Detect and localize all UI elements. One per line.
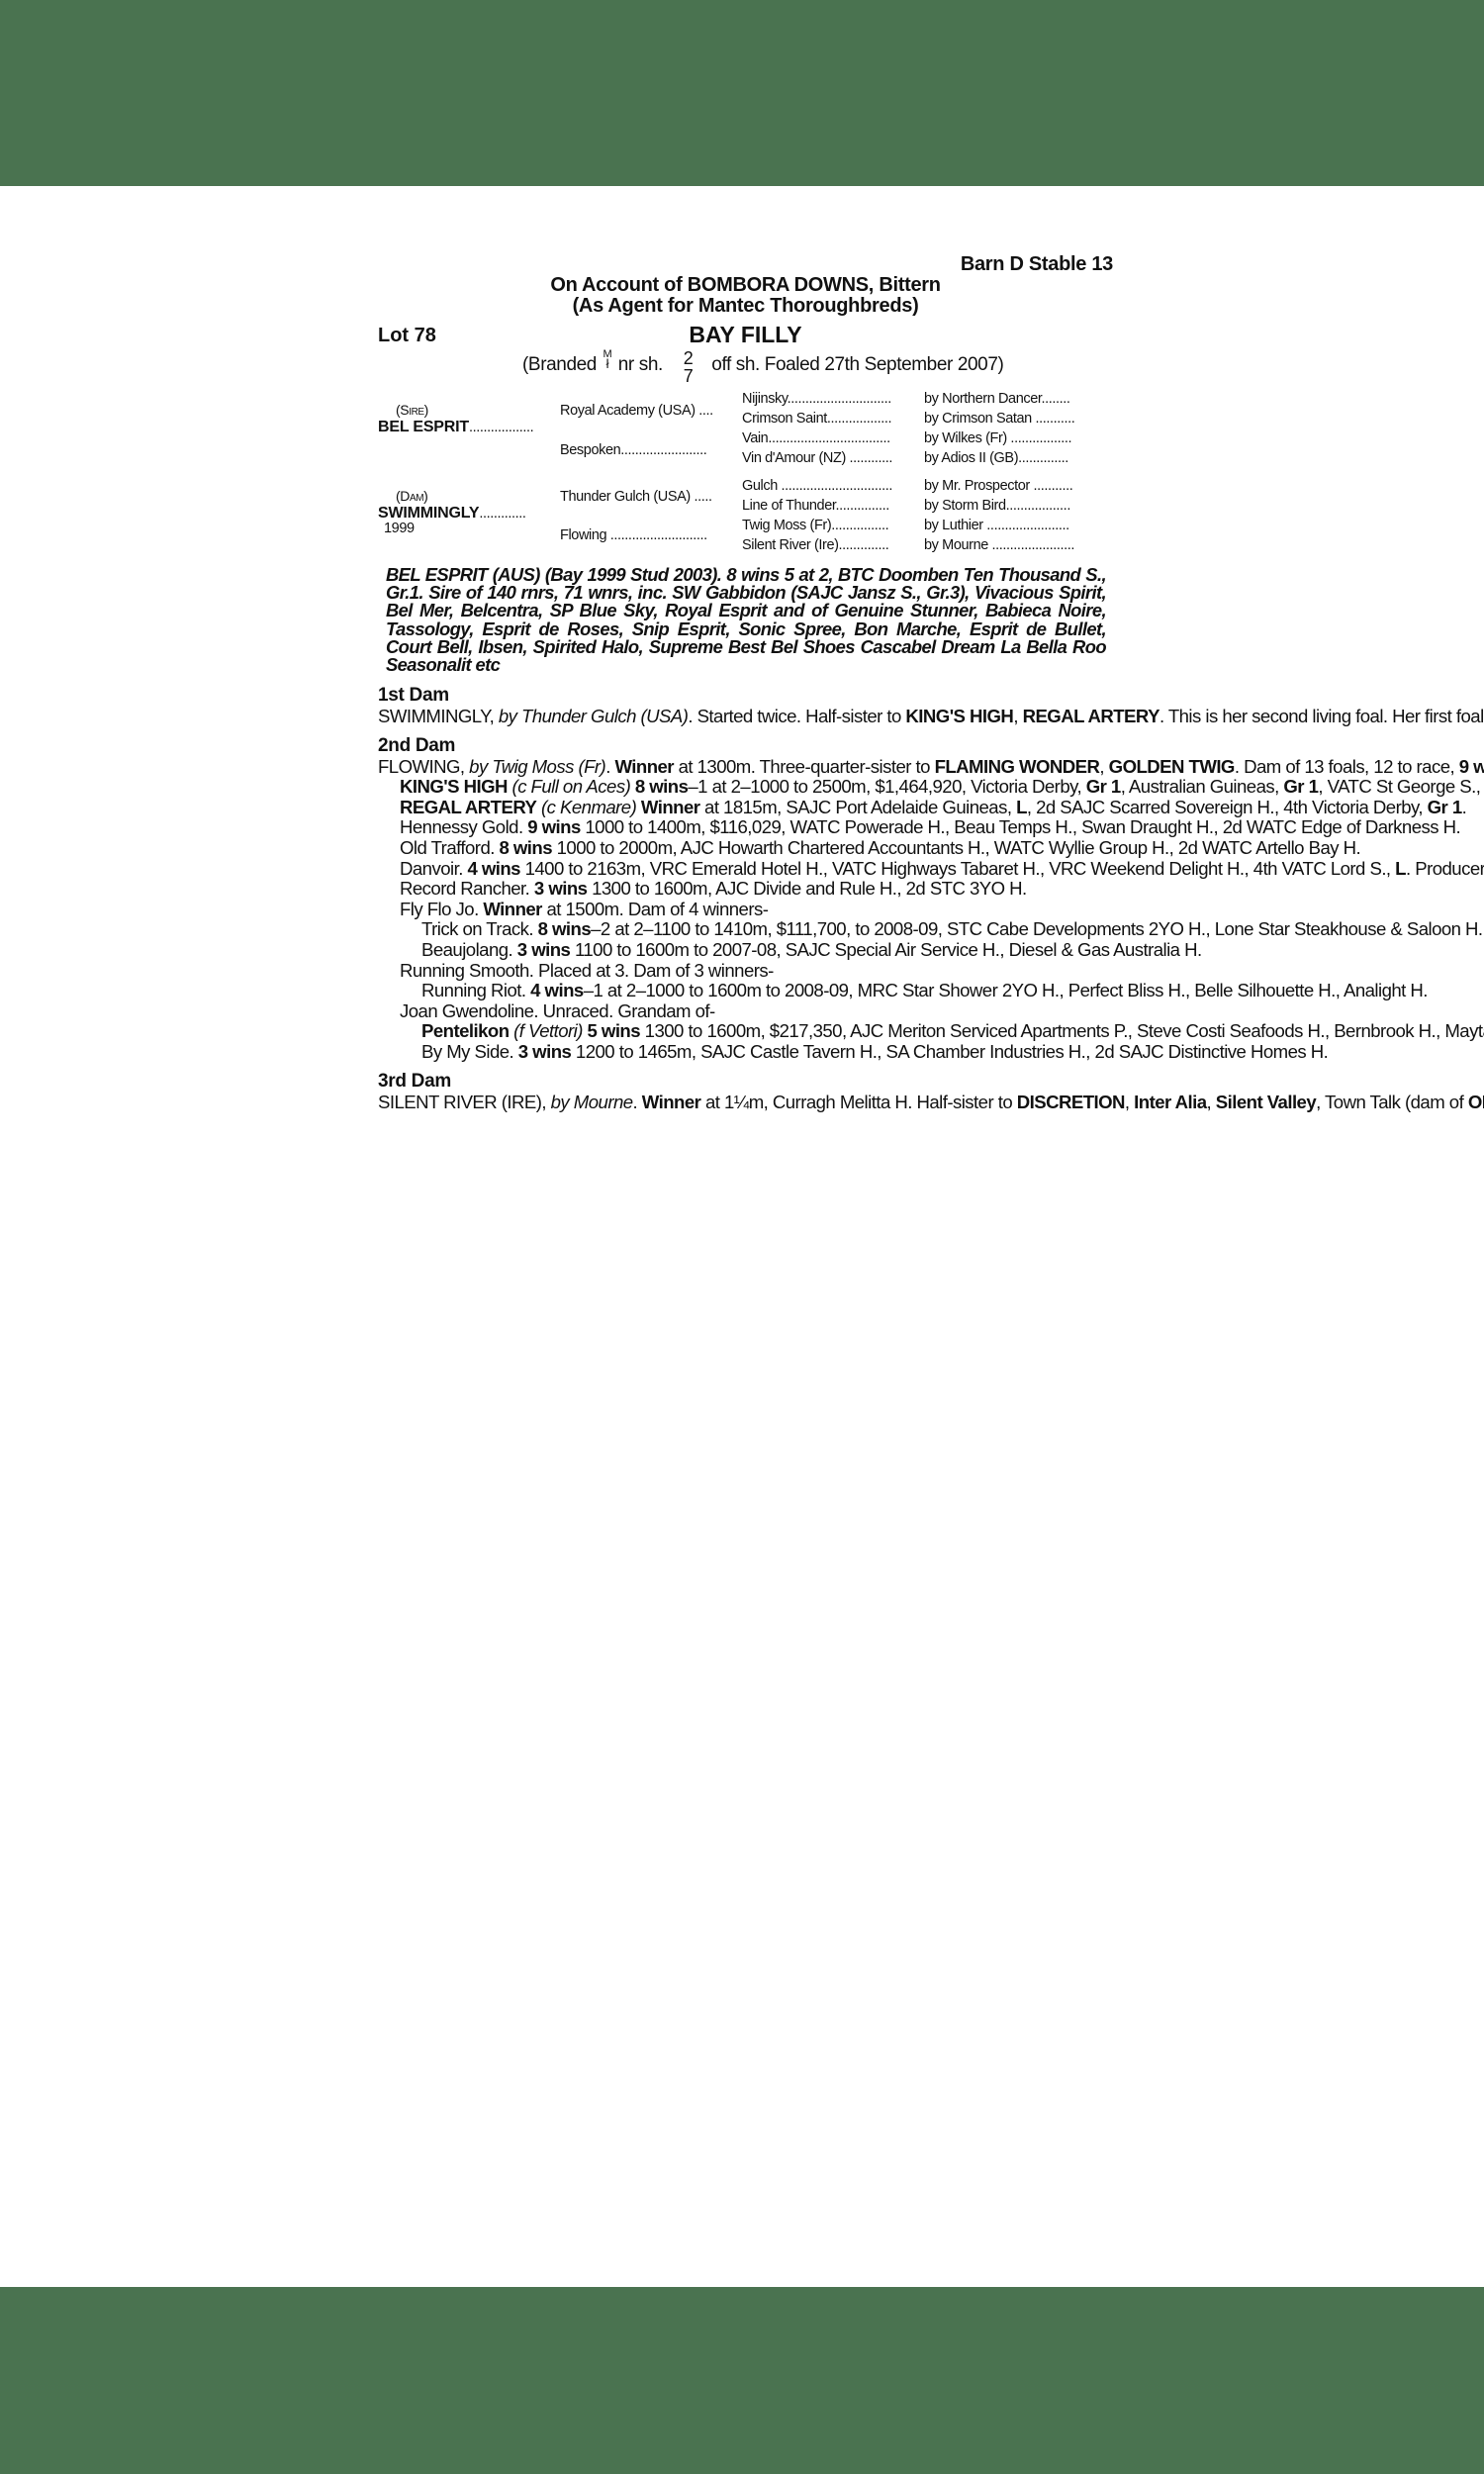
pedigree-gen3: Silent River (Ire)..............	[742, 537, 888, 553]
produce-danvoir: Danvoir. 4 wins 1400 to 2163m, VRC Emera…	[378, 859, 1113, 880]
barn-stable: Barn D Stable 13	[961, 253, 1113, 276]
vendor-line: On Account of BOMBORA DOWNS, Bittern	[378, 275, 1113, 296]
dam-year: 1999	[384, 521, 415, 536]
dam-label: (Dam)	[396, 488, 427, 504]
pedigree-gen4: by Northern Dancer........	[924, 391, 1070, 407]
sire-label: (Sire)	[396, 402, 428, 418]
third-dam-entry: SILENT RIVER (IRE), by Mourne. Winner at…	[378, 1093, 1113, 1113]
pedigree-dam-sire: Thunder Gulch (USA) .....	[560, 489, 712, 505]
pedigree-gen4: by Adios II (GB)..............	[924, 450, 1068, 466]
second-dam-heading: 2nd Dam	[378, 735, 1113, 757]
produce-pentelikon: Pentelikon (f Vettori) 5 wins 1300 to 16…	[378, 1021, 1113, 1042]
third-dam-section: 3rd Dam SILENT RIVER (IRE), by Mourne. W…	[378, 1071, 1113, 1113]
brand-number-fraction: 27	[684, 349, 694, 385]
second-dam-entry: FLOWING, by Twig Moss (Fr). Winner at 13…	[378, 757, 1113, 778]
produce-running-smooth: Running Smooth. Placed at 3. Dam of 3 wi…	[378, 961, 1113, 982]
pedigree-sire-dam: Bespoken........................	[560, 442, 706, 458]
sire-name: BEL ESPRIT..................	[378, 419, 533, 436]
produce-by-my-side: By My Side. 3 wins 1200 to 1465m, SAJC C…	[378, 1042, 1113, 1063]
pedigree-gen4: by Mourne .......................	[924, 537, 1074, 553]
pedigree-gen3: Vain..................................	[742, 430, 890, 446]
produce-hennessy-gold: Hennessy Gold. 9 wins 1000 to 1400m, $11…	[378, 817, 1113, 838]
pedigree-gen3: Twig Moss (Fr)................	[742, 518, 888, 533]
produce-joan-gwendoline: Joan Gwendoline. Unraced. Grandam of-	[378, 1001, 1113, 1022]
pedigree-gen3: Crimson Saint..................	[742, 411, 891, 427]
sire-summary: BEL ESPRIT (AUS) (Bay 1999 Stud 2003). 8…	[386, 566, 1106, 674]
pedigree-sire-sire: Royal Academy (USA) ....	[560, 403, 713, 419]
produce-kings-high: KING'S HIGH (c Full on Aces) 8 wins–1 at…	[378, 777, 1113, 798]
pedigree-gen4: by Mr. Prospector ...........	[924, 478, 1072, 494]
lot-description: BAY FILLY	[378, 322, 1113, 348]
second-dam-section: 2nd Dam FLOWING, by Twig Moss (Fr). Winn…	[378, 735, 1113, 1063]
produce-fly-flo-jo: Fly Flo Jo. Winner at 1500m. Dam of 4 wi…	[378, 900, 1113, 920]
pedigree-gen3: Nijinsky.............................	[742, 391, 891, 407]
brand-mark-icon: Mł	[602, 349, 613, 369]
pedigree-dam-dam: Flowing ...........................	[560, 527, 707, 543]
pedigree-gen3: Line of Thunder...............	[742, 498, 889, 514]
pedigree-gen4: by Wilkes (Fr) .................	[924, 430, 1071, 446]
brand-foaled-line: (Branded Mł nr sh. 27 off sh. Foaled 27t…	[522, 349, 1003, 385]
produce-record-rancher: Record Rancher. 3 wins 1300 to 1600m, AJ…	[378, 879, 1113, 900]
vendor-account: On Account of BOMBORA DOWNS, Bittern (As…	[378, 275, 1113, 317]
pedigree-table: (Sire) BEL ESPRIT.................. (Dam…	[378, 389, 1113, 557]
family-details: 1st Dam SWIMMINGLY, by Thunder Gulch (US…	[378, 685, 1113, 1120]
produce-old-trafford: Old Trafford. 8 wins 1000 to 2000m, AJC …	[378, 838, 1113, 859]
pedigree-gen4: by Crimson Satan ...........	[924, 411, 1074, 427]
first-dam-heading: 1st Dam	[378, 685, 1113, 707]
top-background-band	[0, 0, 1484, 186]
agent-line: (As Agent for Mantec Thoroughbreds)	[378, 296, 1113, 317]
first-dam-entry: SWIMMINGLY, by Thunder Gulch (USA). Star…	[378, 707, 1113, 727]
pedigree-gen4: by Luthier .......................	[924, 518, 1069, 533]
pedigree-gen3: Vin d'Amour (NZ) ............	[742, 450, 892, 466]
pedigree-gen4: by Storm Bird..................	[924, 498, 1070, 514]
produce-trick-on-track: Trick on Track. 8 wins–2 at 2–1100 to 14…	[378, 919, 1113, 940]
third-dam-heading: 3rd Dam	[378, 1071, 1113, 1093]
produce-beaujolang: Beaujolang. 3 wins 1100 to 1600m to 2007…	[378, 940, 1113, 961]
bottom-background-band	[0, 2287, 1484, 2474]
produce-running-riot: Running Riot. 4 wins–1 at 2–1000 to 1600…	[378, 981, 1113, 1001]
first-dam-section: 1st Dam SWIMMINGLY, by Thunder Gulch (US…	[378, 685, 1113, 727]
pedigree-gen3: Gulch ...............................	[742, 478, 892, 494]
produce-regal-artery: REGAL ARTERY (c Kenmare) Winner at 1815m…	[378, 798, 1113, 818]
